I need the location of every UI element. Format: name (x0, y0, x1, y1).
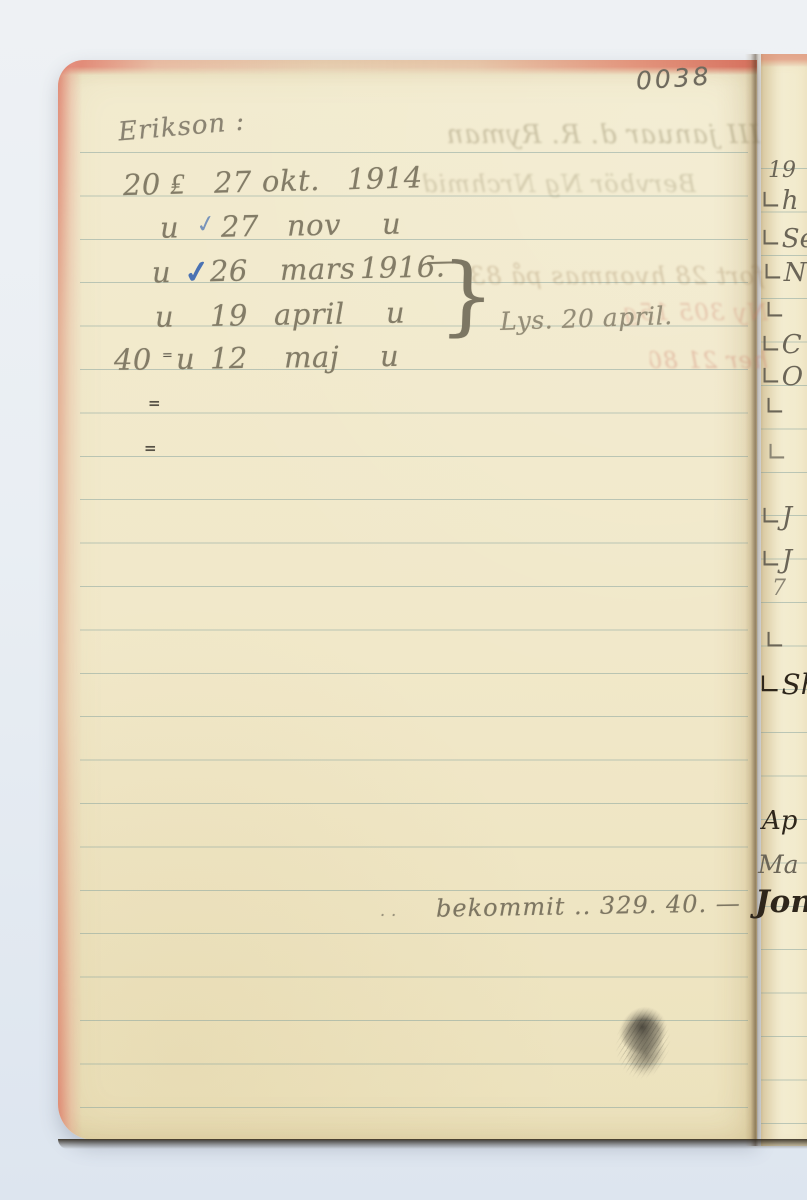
red-stained-left-edge (58, 60, 82, 1140)
adjacent-page-text-fragment: ∟ (764, 296, 786, 326)
entry-cell: 1914 (346, 160, 423, 196)
adjacent-page-text-fragment: ∟O (760, 362, 803, 392)
adjacent-page-text-fragment: ∟Se (760, 224, 807, 254)
entry-cell: nov (287, 208, 342, 243)
footer-note: bekommit .. 329. 40. — (436, 889, 741, 922)
adjacent-page-text-fragment: ∟C (760, 330, 802, 360)
entry-cell: april (274, 297, 345, 332)
adjacent-page-text-fragment: ∟J (760, 545, 792, 575)
ditto-mark: u (155, 300, 175, 334)
entry-cell: 40 (114, 342, 152, 377)
book-gutter-fold (745, 54, 764, 1146)
page-number-stamp: 0038 (635, 61, 712, 95)
entry-cell: okt. (261, 163, 320, 199)
ditto-mark: u (380, 339, 400, 373)
adjacent-page-text-fragment: Ap (762, 806, 797, 836)
adjacent-page-text-fragment: ∟ (764, 626, 786, 656)
notebook-scan: III januar d. R. Ryman Bervbör Ng Nrchmi… (0, 0, 807, 1200)
ditto-mark: u (160, 210, 180, 244)
ditto-mark: u (152, 255, 172, 289)
adjacent-page-text-fragment: ∟J (760, 502, 792, 532)
adjacent-page-text-fragment: Jon (755, 884, 807, 920)
red-stained-top-edge (761, 54, 807, 67)
curly-brace: } (438, 245, 497, 347)
entry-cell: 27 (221, 209, 259, 244)
ditto-dash: = (148, 394, 160, 412)
stray-dots: . . (380, 901, 397, 920)
adjacent-page-text-fragment: ∟N (762, 258, 807, 288)
blue-checkmark-icon: ✓ (193, 208, 219, 239)
adjacent-page-text-fragment: 19 (768, 158, 796, 183)
lira-symbol: ₤ (170, 167, 186, 202)
blue-checkmark-icon: ✓ (182, 253, 213, 292)
adjacent-page-text-fragment: ∟h (760, 186, 799, 216)
entry-cell: 27 (213, 165, 252, 200)
ditto-mark: u (176, 342, 196, 376)
adjacent-page-text-fragment: ∟ (766, 438, 788, 468)
adjacent-page-text-fragment: ∟ (764, 392, 786, 422)
bleedthrough-text: her 21 805 (650, 348, 768, 374)
small-equals-mark: = (162, 348, 174, 363)
adjacent-page-text-fragment: 7 (772, 576, 786, 601)
entry-cell: 19 (210, 298, 248, 333)
ditto-mark: u (386, 296, 406, 330)
adjacent-page-text-fragment: ∟Sh (758, 668, 807, 701)
entry-cell: 20 (123, 167, 162, 202)
adjacent-page-text-fragment: Ma (758, 850, 799, 879)
ditto-dash: = (144, 439, 156, 457)
entry-cell: maj (284, 340, 340, 375)
bleedthrough-text: III januar d. R. Ryman (424, 120, 760, 150)
side-note: Lys. 20 april. (500, 301, 673, 336)
entry-cell: mars (280, 251, 356, 287)
entry-cell: 12 (210, 341, 248, 376)
page-bottom-shadow (58, 1139, 807, 1149)
entry-cell: 26 (210, 254, 249, 289)
ditto-mark: u (382, 207, 402, 241)
